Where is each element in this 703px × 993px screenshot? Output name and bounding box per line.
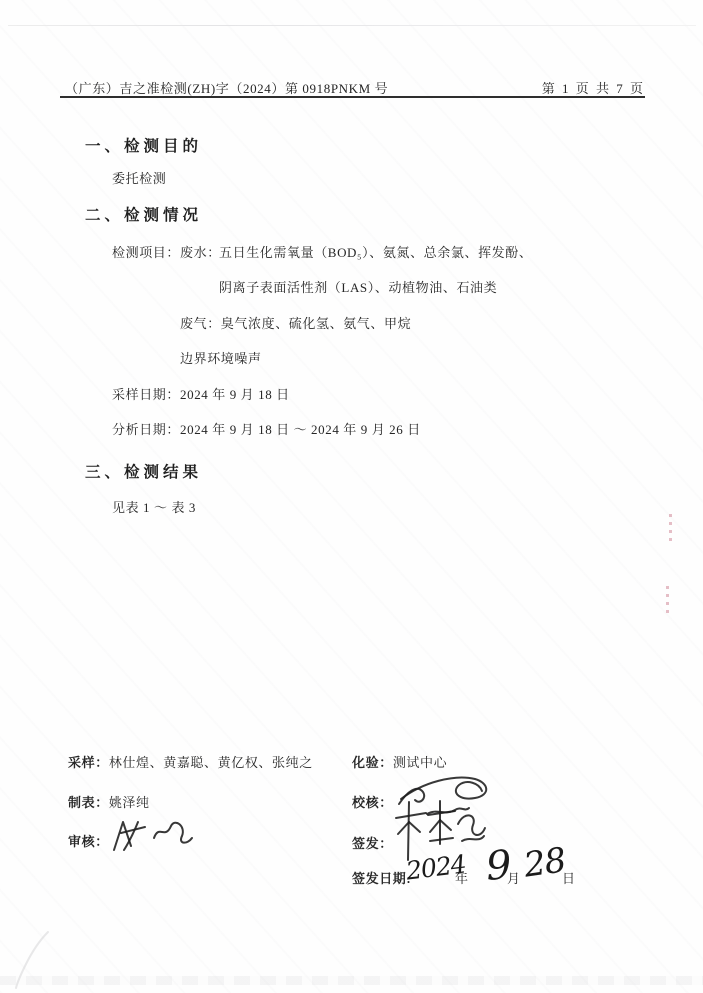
- gas-items-line: 废气：臭气浓度、硫化氢、氨气、甲烷: [180, 313, 411, 332]
- section3-title: 三、检测结果: [85, 460, 202, 482]
- binding-mark-top: [669, 514, 672, 546]
- page-indicator: 第 1 页 共 7 页: [542, 78, 645, 97]
- wastewater-items-line1: 五日生化需氧量（BOD₅）、氨氮、总余氯、挥发酚、: [219, 242, 532, 261]
- section1-body: 委托检测: [112, 168, 166, 187]
- report-number: （广东）吉之准检测(ZH)字（2024）第 0918PNKM 号: [65, 78, 388, 97]
- issue-date-label: 签发日期:: [352, 868, 411, 887]
- section1-title: 一、检测目的: [85, 134, 202, 156]
- reviewer-signature: [108, 816, 200, 856]
- header-divider: [60, 96, 645, 98]
- scan-noise-squiggle: [10, 930, 60, 990]
- lab-value: 测试中心: [393, 755, 447, 770]
- issuer-signature: [392, 796, 494, 866]
- section2-title: 二、检测情况: [85, 203, 202, 225]
- noise-item-line: 边界环境噪声: [180, 348, 262, 367]
- tabulator-row: 制表：姚泽纯: [68, 792, 150, 811]
- analysis-date-value: 2024 年 9 月 18 日 ～ 2024 年 9 月 26 日: [180, 419, 421, 438]
- scan-bottom-shadow: [0, 976, 703, 985]
- reviewer-label: 审核：: [68, 831, 109, 850]
- lab-row: 化验：测试中心: [352, 752, 447, 771]
- lab-label: 化验：: [352, 755, 393, 770]
- sampling-date-label: 采样日期：: [112, 384, 180, 403]
- sampler-label: 采样：: [68, 755, 109, 770]
- section3-body: 见表 1 ～ 表 3: [112, 497, 196, 516]
- checker-label: 校核：: [352, 792, 393, 811]
- analysis-date-label: 分析日期：: [112, 419, 180, 438]
- tabulator-label: 制表：: [68, 795, 109, 810]
- issuer-label: 签发：: [352, 833, 393, 852]
- handwritten-day: 28: [521, 840, 567, 885]
- sampler-row: 采样：林仕煌、黄嘉聪、黄亿权、张纯之: [68, 752, 313, 771]
- wastewater-label: 废水：: [180, 242, 221, 261]
- report-page: （广东）吉之准检测(ZH)字（2024）第 0918PNKM 号 第 1 页 共…: [0, 0, 703, 993]
- sampler-names: 林仕煌、黄嘉聪、黄亿权、张纯之: [109, 755, 313, 770]
- tabulator-value: 姚泽纯: [109, 795, 150, 810]
- binding-mark-bottom: [666, 586, 669, 614]
- sampling-date-value: 2024 年 9 月 18 日: [180, 384, 290, 403]
- scan-edge-line: [8, 25, 696, 26]
- wastewater-items-line2: 阴离子表面活性剂（LAS）、动植物油、石油类: [219, 277, 497, 296]
- test-items-label: 检测项目：: [112, 242, 180, 261]
